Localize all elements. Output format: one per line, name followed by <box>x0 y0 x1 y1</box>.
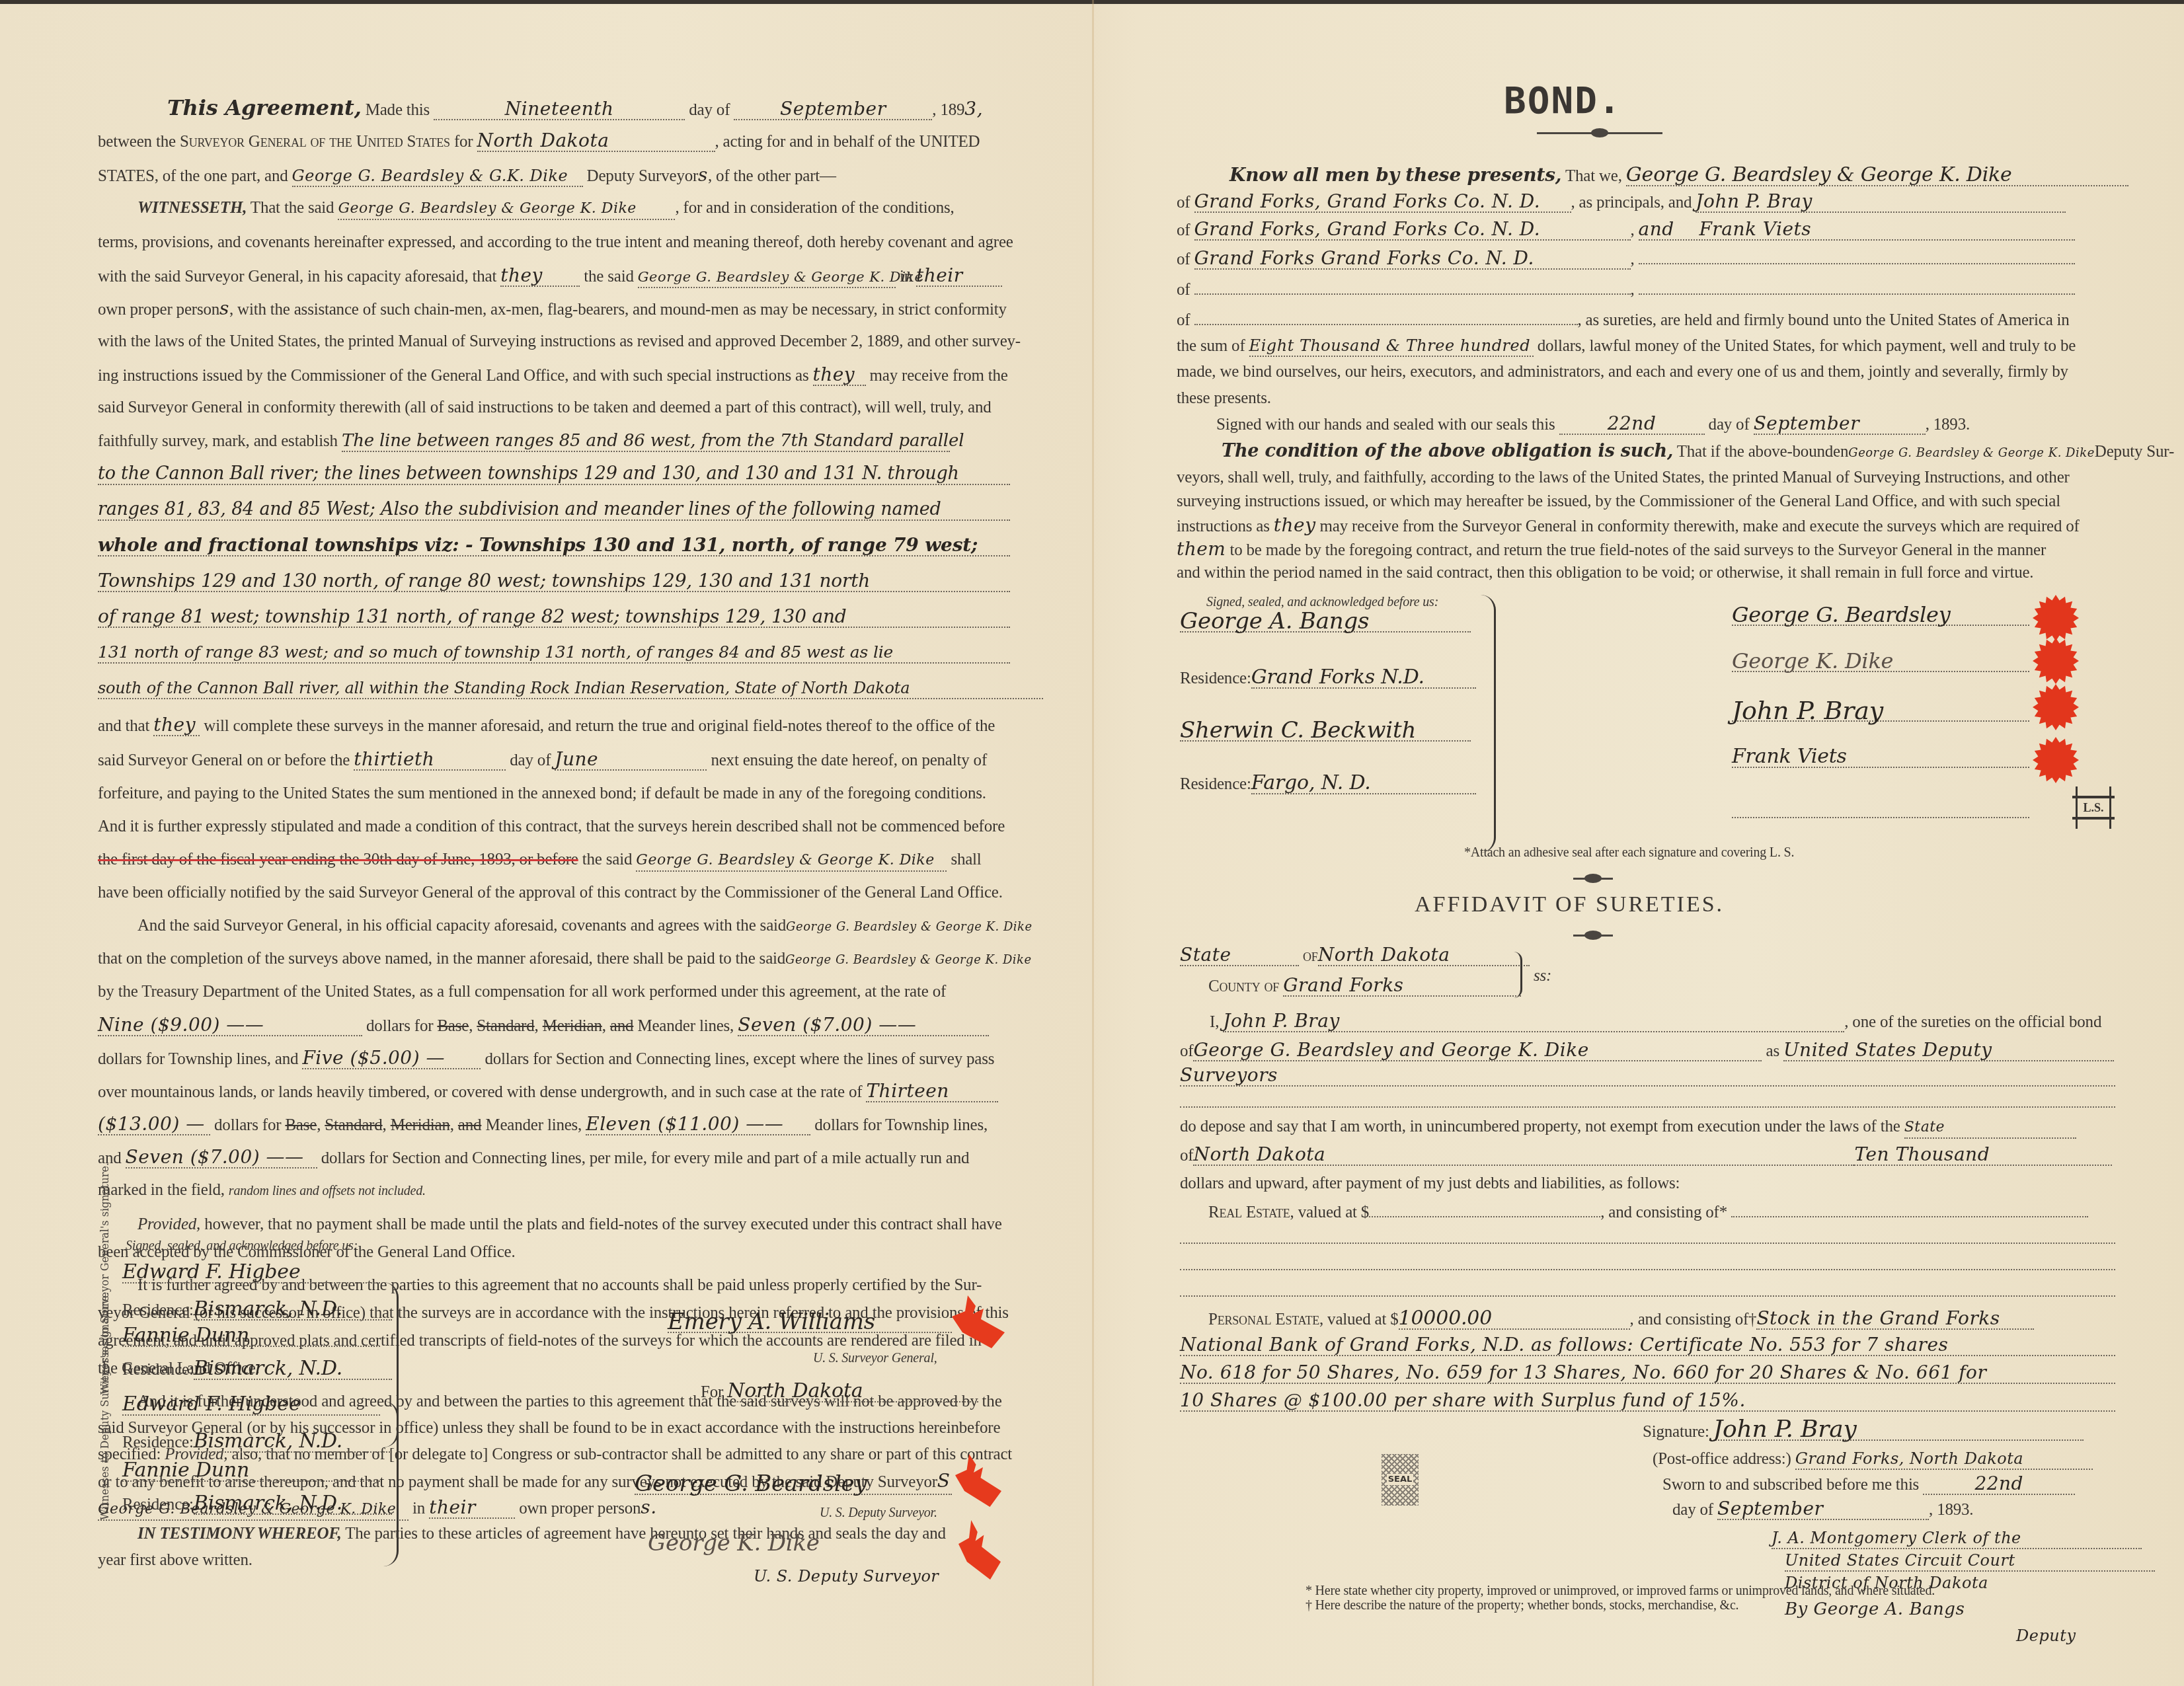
personal-estate-value-field[interactable]: 10000.00 <box>1399 1309 1630 1330</box>
agreement-line-22: And it is further expressly stipulated a… <box>98 817 1005 837</box>
sworn-line: Sworn to and subscribed before me this 2… <box>1662 1474 2075 1495</box>
bond-condition-4: instructions as they may receive from th… <box>1177 516 2080 537</box>
bond-witness-residence: Residence:Fargo, N. D. <box>1180 773 1476 794</box>
agreement-line-23: the first day of the fiscal year ending … <box>98 850 982 872</box>
sworn-date-line: day of September, 1893. <box>1672 1499 1973 1520</box>
bond-bind-line: made, we bind ourselves, our heirs, exec… <box>1177 362 2068 382</box>
bond-presents-line: these presents. <box>1177 389 1271 408</box>
bond-witness-signature[interactable]: Sherwin C. Beckwith <box>1180 720 1471 742</box>
depose-state-field[interactable]: North Dakota <box>1193 1145 1854 1166</box>
personal-estate-description[interactable]: 10 Shares @ $100.00 per share with Surpl… <box>1180 1391 2115 1412</box>
rate-timbered-base[interactable]: Thirteen <box>866 1081 998 1102</box>
agreement-line-33: marked in the field, random lines and of… <box>98 1180 426 1201</box>
agreement-line-2: between the Surveyor General of the Unit… <box>98 131 980 152</box>
clerk-signature[interactable]: J. A. Montgomery Clerk of the <box>1772 1528 2142 1549</box>
bond-signature[interactable]: John P. Bray <box>1732 701 2029 722</box>
rate-timbered-section[interactable]: Seven ($7.00) —— <box>126 1147 317 1169</box>
bond-witness-brace <box>1481 595 1496 853</box>
agreement-line-32: and Seven ($7.00) —— dollars for Section… <box>98 1147 969 1169</box>
rate-township[interactable]: Seven ($7.00) —— <box>738 1015 989 1036</box>
rate-base-meander[interactable]: Nine ($9.00) —— <box>98 1015 362 1036</box>
affidavit-signature-line: Signature: John P. Bray <box>1643 1420 2084 1442</box>
bond-sureties-line: of , as sureties, are held and firmly bo… <box>1177 308 2070 330</box>
agreement-line-21: forfeiture, and paying to the United Sta… <box>98 784 986 804</box>
ornament-divider <box>1537 132 1662 134</box>
bond-surety-1[interactable]: John P. Bray <box>1696 192 2066 213</box>
affidavit-title: AFFIDAVIT OF SURETIES. <box>1415 892 1724 917</box>
ss-label: ss: <box>1534 966 1551 986</box>
bond-surety-residence-1: of Grand Forks, Grand Forks Co. N. D., a… <box>1177 219 2075 241</box>
agreement-line-27: by the Treasury Department of the United… <box>98 982 946 1002</box>
bond-month-field[interactable]: September <box>1754 414 1926 435</box>
bond-signature-blank[interactable] <box>1732 800 2029 818</box>
bond-title: BOND. <box>1504 79 1622 122</box>
bond-day-field[interactable]: 22nd <box>1559 414 1705 435</box>
affidavit-county-field[interactable]: Grand Forks <box>1283 976 1521 997</box>
po-address-line: (Post-office address:) Grand Forks, Nort… <box>1653 1449 2093 1470</box>
survey-description-line[interactable]: Townships 129 and 130 north, of range 80… <box>98 571 1010 592</box>
red-seal <box>958 1520 1001 1580</box>
agreement-month-field[interactable]: September <box>734 99 932 120</box>
survey-description-line[interactable]: of range 81 west; township 131 north, of… <box>98 607 1010 628</box>
real-estate-value-field[interactable] <box>1369 1200 1600 1217</box>
deputy-clerk-signature[interactable]: By George A. Bangs <box>1785 1599 1965 1619</box>
affidavit-state-field[interactable]: North Dakota <box>1318 945 1530 966</box>
agreement-line-11: faithfully survey, mark, and establish T… <box>98 431 950 452</box>
blank-field[interactable] <box>1639 278 2075 295</box>
affidavit-depose-line: do depose and say that I am worth, in un… <box>1180 1117 2076 1139</box>
witness-signature[interactable]: Edward F. Higbee <box>122 1395 380 1416</box>
footnote-personal-estate: † Here describe the nature of the proper… <box>1306 1595 1738 1615</box>
affidavit-capacity-continued[interactable]: Surveyors <box>1180 1065 2115 1087</box>
bond-signature[interactable]: George G. Beardsley <box>1732 605 2029 626</box>
surveyor-general-for: For North Dakota <box>701 1381 978 1402</box>
red-seal <box>2033 638 2079 684</box>
notary-seal-box: SEAL <box>1382 1454 1419 1506</box>
ls-seal-box: L.S. <box>2076 786 2111 829</box>
bond-know-line: Know all men by these presents, That we,… <box>1229 165 2128 186</box>
agreement-line-9: ing instructions issued by the Commissio… <box>98 365 1008 386</box>
surveyor-general-signature[interactable]: Emery A. Williams <box>668 1312 952 1333</box>
real-estate-line: Real Estate, valued at $, and consisting… <box>1208 1200 2088 1223</box>
bond-condition-line: The condition of the above obligation is… <box>1222 441 2174 463</box>
bond-principals-residence: of Grand Forks, Grand Forks Co. N. D., a… <box>1177 192 2066 213</box>
survey-description-line[interactable]: 131 north of range 83 west; and so much … <box>98 642 1010 664</box>
agreement-witnesseth-names[interactable]: George G. Beardsley & George K. Dike <box>338 199 675 220</box>
agreement-line-4: WITNESSETH, That the said George G. Bear… <box>98 198 955 220</box>
blank-field[interactable] <box>1639 247 2075 264</box>
rate-section[interactable]: Five ($5.00) — <box>302 1048 481 1069</box>
real-estate-consisting-field[interactable] <box>1731 1200 2088 1217</box>
agreement-heading: This Agreement, <box>167 95 362 120</box>
deputy-label: Deputy <box>2016 1626 2076 1646</box>
personal-estate-line: Personal Estate, valued at $10000.00, an… <box>1208 1309 2034 1330</box>
survey-description-line[interactable]: to the Cannon Ball river; the lines betw… <box>98 464 1010 485</box>
witness-signature[interactable]: Edward F. Higbee <box>122 1262 380 1284</box>
affidavit-dollars-line: dollars and upward, after payment of my … <box>1180 1174 1680 1194</box>
bond-principals-field[interactable]: George G. Beardsley & George K. Dike <box>1626 165 2128 186</box>
sworn-day-field[interactable]: 22nd <box>1923 1474 2075 1495</box>
affidavit-worth-line: ofNorth DakotaTen Thousand <box>1180 1145 2112 1166</box>
survey-description-line[interactable]: ranges 81, 83, 84 and 85 West; Also the … <box>98 500 1010 521</box>
deputy-surveyor-signature-2[interactable]: George K. Dike <box>648 1533 820 1553</box>
bond-surety-2[interactable]: and Frank Viets <box>1639 219 2075 241</box>
agreement-line-20: said Surveyor General on or before the t… <box>98 749 987 771</box>
agreement-state-field[interactable]: North Dakota <box>477 131 715 152</box>
witness-signature[interactable]: Fannie Dunn <box>122 1326 380 1347</box>
bond-condition-6: and within the period named in the said … <box>1177 563 2033 583</box>
agreement-line-10: said Surveyor General in conformity ther… <box>98 398 992 418</box>
agreement-line-24: have been officially notified by the sai… <box>98 883 1003 903</box>
rate-timbered-township[interactable]: Eleven ($11.00) —— <box>586 1114 810 1135</box>
red-seal <box>2033 595 2079 641</box>
witness-residence: Residence:Bismarck, N.D. <box>122 1494 392 1515</box>
bond-witness-signature[interactable]: George A. Bangs <box>1180 611 1471 632</box>
agreement-line-5: terms, provisions, and covenants hereina… <box>98 233 1013 252</box>
blank-field[interactable] <box>1180 1280 2115 1297</box>
ornament-divider <box>1573 878 1613 880</box>
personal-estate-description[interactable]: No. 618 for 50 Shares, No. 659 for 13 Sh… <box>1180 1363 2115 1384</box>
center-fold <box>1092 0 1094 1686</box>
bond-witness-residence: Residence:Grand Forks N.D. <box>1180 668 1476 689</box>
affidavit-signature[interactable]: John P. Bray <box>1713 1420 2084 1441</box>
bond-signature[interactable]: Frank Viets <box>1732 747 2029 768</box>
agreement-signed-label: Signed, sealed, and acknowledged before … <box>126 1236 358 1256</box>
survey-description-line[interactable]: south of the Cannon Ball river, all with… <box>98 678 1043 699</box>
witness-residence: Residence:Bismarck, N.D. <box>122 1359 392 1380</box>
deputy-surveyor-title-handwritten: U. S. Deputy Surveyor <box>754 1566 939 1586</box>
survey-description-line[interactable]: whole and fractional townships viz: - To… <box>98 535 1010 556</box>
agreement-line-31: ($13.00) — dollars for Base, Standard, M… <box>98 1114 988 1135</box>
affidavit-state-line: State ofNorth Dakota <box>1180 945 1530 966</box>
witness-group-2-label: Witnesses to Deputy Surveyor's signature… <box>99 1292 111 1520</box>
red-seal <box>2033 684 2079 730</box>
agreement-line-34: Provided, however, that no payment shall… <box>98 1215 1002 1235</box>
completion-day-field[interactable]: thirtieth <box>354 749 506 771</box>
bond-blank-line: of , <box>1177 278 2075 300</box>
agreement-line-25: And the said Surveyor General, in his of… <box>98 916 1033 937</box>
witness-signature[interactable]: Fannie Dunn <box>122 1461 380 1482</box>
affiant-field[interactable]: John P. Bray <box>1223 1011 1844 1032</box>
agreement-line-3: STATES, of the one part, and George G. B… <box>98 165 836 187</box>
struck-clause: the first day of the fiscal year ending … <box>98 851 578 868</box>
agreement-line-29: dollars for Township lines, and Five ($5… <box>98 1048 994 1069</box>
ornament-divider <box>1573 935 1613 937</box>
agreement-line-7: own proper persons, with the assistance … <box>98 299 1007 320</box>
affidavit-bond-of-line: ofGeorge G. Beardsley and George K. Dike… <box>1180 1040 2114 1061</box>
blank-field[interactable] <box>1180 1227 2115 1244</box>
agreement-day-field[interactable]: Nineteenth <box>434 99 685 120</box>
bond-condition-3: surveying instructions issued, or which … <box>1177 492 2060 512</box>
bond-sum-line: the sum of Eight Thousand & Three hundre… <box>1177 336 2076 357</box>
agreement-line-28: Nine ($9.00) —— dollars for Base, Standa… <box>98 1015 989 1036</box>
agreement-line-26: that on the completion of the surveys ab… <box>98 949 1032 970</box>
bond-condition-5: them to be made by the foregoing contrac… <box>1177 539 2046 560</box>
agreement-line-8: with the laws of the United States, the … <box>98 332 1021 352</box>
deputy-surveyor-signature-1[interactable]: George G. Beardsley <box>635 1474 952 1495</box>
bond-sum-field[interactable]: Eight Thousand & Three hundred <box>1249 336 1534 357</box>
completion-month-field[interactable]: June <box>555 749 707 771</box>
bond-condition-2: veyors, shall well, truly, and faithfull… <box>1177 468 2070 488</box>
personal-estate-description[interactable]: National Bank of Grand Forks, N.D. as fo… <box>1180 1335 2115 1356</box>
deputy-surveyor-title: U. S. Deputy Surveyor. <box>820 1503 937 1523</box>
surveyor-general-title: U. S. Surveyor General, <box>813 1348 937 1368</box>
document-sheet: This Agreement, Made this Nineteenth day… <box>0 0 2184 1686</box>
bond-signature[interactable]: George K. Dike <box>1732 651 2029 672</box>
bond-surety-residence-2: of Grand Forks Grand Forks Co. N. D., <box>1177 247 2075 270</box>
bond-seal-note: *Attach an adhesive seal after each sign… <box>1464 843 1794 862</box>
blank-field[interactable] <box>1194 278 1631 295</box>
sworn-month-field[interactable]: September <box>1717 1499 1929 1520</box>
agreement-parties-field[interactable]: George G. Beardsley & G.K. Dike <box>292 166 583 187</box>
blank-field[interactable] <box>1180 1091 2115 1108</box>
worth-field[interactable]: Ten Thousand <box>1854 1145 2112 1166</box>
agreement-line-6: with the said Surveyor General, in his c… <box>98 266 1002 288</box>
witness-residence: Residence:Bismarck, N.D. <box>122 1299 392 1321</box>
agreement-line-46: year first above written. <box>98 1551 253 1570</box>
bond-signed-line: Signed with our hands and sealed with ou… <box>1216 414 1970 435</box>
po-address-field[interactable]: Grand Forks, North Dakota <box>1795 1449 2093 1470</box>
affidavit-affiant-line: I, John P. Bray, one of the sureties on … <box>1210 1011 2101 1032</box>
witness-brace-2 <box>383 1401 399 1566</box>
blank-field[interactable] <box>1180 1253 2115 1270</box>
agreement-line-30: over mountainous lands, or lands heavily… <box>98 1081 998 1102</box>
blank-field[interactable] <box>1194 308 1578 325</box>
clerk-court: United States Circuit Court <box>1785 1551 2155 1572</box>
red-seal <box>2033 737 2079 783</box>
agreement-line-19: and that they will complete these survey… <box>98 715 995 736</box>
agreement-line-1: This Agreement, Made this Nineteenth day… <box>167 98 983 120</box>
witness-residence: Residence:Bismarck, N.D. <box>122 1432 392 1453</box>
affidavit-county-line: County of Grand Forks <box>1208 976 1521 997</box>
